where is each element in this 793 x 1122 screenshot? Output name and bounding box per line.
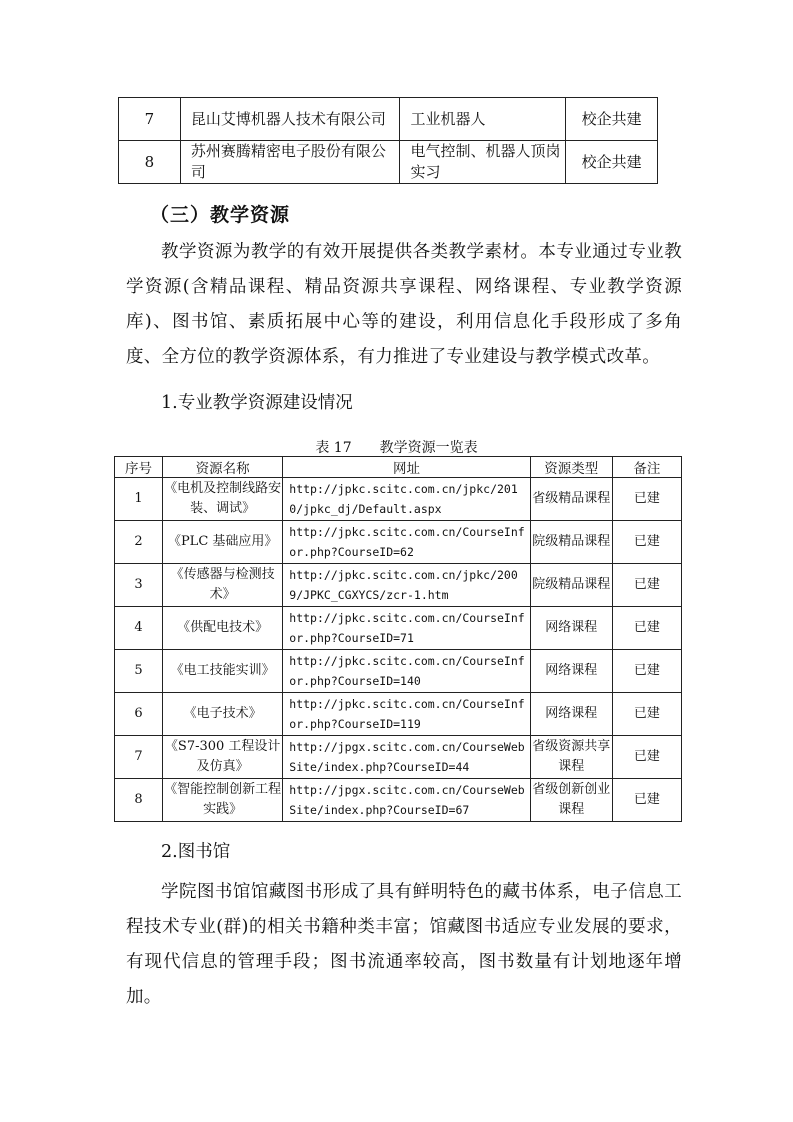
resource-url[interactable]: http://jpkc.scitc.com.cn/jpkc/2009/JPKC_… — [283, 564, 530, 607]
cooperation-field: 电气控制、机器人顶岗实习 — [400, 141, 566, 184]
row-number: 6 — [115, 693, 163, 736]
row-number: 8 — [119, 141, 181, 184]
resource-url[interactable]: http://jpkc.scitc.com.cn/CourseInfor.php… — [283, 650, 530, 693]
subheading-library: 2.图书馆 — [161, 838, 230, 863]
resource-url[interactable]: http://jpkc.scitc.com.cn/CourseInfor.php… — [283, 607, 530, 650]
resource-note: 已建 — [612, 693, 681, 736]
resource-table: 序号 资源名称 网址 资源类型 备注 1 《电机及控制线路安装、调试》 http… — [114, 456, 682, 822]
resource-url[interactable]: http://jpgx.scitc.com.cn/CourseWebSite/i… — [283, 736, 530, 779]
row-number: 4 — [115, 607, 163, 650]
section-heading: （三）教学资源 — [150, 200, 290, 227]
resource-name: 《电子技术》 — [163, 693, 283, 736]
table-row: 8 《智能控制创新工程实践》 http://jpgx.scitc.com.cn/… — [115, 779, 682, 822]
library-paragraph: 学院图书馆馆藏图书形成了具有鲜明特色的藏书体系，电子信息工程技术专业(群)的相关… — [126, 875, 682, 1015]
resource-type: 网络课程 — [530, 607, 612, 650]
company-name: 苏州赛腾精密电子股份有限公司 — [180, 141, 400, 184]
row-number: 7 — [119, 98, 181, 141]
cooperation-mode: 校企共建 — [566, 98, 658, 141]
resource-note: 已建 — [612, 478, 681, 521]
row-number: 8 — [115, 779, 163, 822]
header-url: 网址 — [283, 457, 530, 478]
resource-name: 《智能控制创新工程实践》 — [163, 779, 283, 822]
partner-table: 7 昆山艾博机器人技术有限公司 工业机器人 校企共建 8 苏州赛腾精密电子股份有… — [118, 97, 658, 184]
table-row: 8 苏州赛腾精密电子股份有限公司 电气控制、机器人顶岗实习 校企共建 — [119, 141, 658, 184]
header-name: 资源名称 — [163, 457, 283, 478]
table-row: 4 《供配电技术》 http://jpkc.scitc.com.cn/Cours… — [115, 607, 682, 650]
resource-name: 《电机及控制线路安装、调试》 — [163, 478, 283, 521]
resource-type: 网络课程 — [530, 650, 612, 693]
table-header-row: 序号 资源名称 网址 资源类型 备注 — [115, 457, 682, 478]
intro-paragraph: 教学资源为教学的有效开展提供各类教学素材。本专业通过专业教学资源(含精品课程、精… — [126, 235, 682, 375]
subheading-resources: 1.专业教学资源建设情况 — [161, 389, 353, 414]
row-number: 7 — [115, 736, 163, 779]
cooperation-mode: 校企共建 — [566, 141, 658, 184]
resource-note: 已建 — [612, 607, 681, 650]
resource-type: 省级精品课程 — [530, 478, 612, 521]
table-row: 3 《传感器与检测技术》 http://jpkc.scitc.com.cn/jp… — [115, 564, 682, 607]
company-name: 昆山艾博机器人技术有限公司 — [180, 98, 400, 141]
resource-type: 院级精品课程 — [530, 521, 612, 564]
table-row: 1 《电机及控制线路安装、调试》 http://jpkc.scitc.com.c… — [115, 478, 682, 521]
table-row: 6 《电子技术》 http://jpkc.scitc.com.cn/Course… — [115, 693, 682, 736]
header-type: 资源类型 — [530, 457, 612, 478]
resource-type: 省级资源共享课程 — [530, 736, 612, 779]
resource-name: 《PLC 基础应用》 — [163, 521, 283, 564]
header-no: 序号 — [115, 457, 163, 478]
resource-note: 已建 — [612, 564, 681, 607]
cooperation-field: 工业机器人 — [400, 98, 566, 141]
resource-note: 已建 — [612, 736, 681, 779]
row-number: 2 — [115, 521, 163, 564]
resource-note: 已建 — [612, 521, 681, 564]
table-row: 2 《PLC 基础应用》 http://jpkc.scitc.com.cn/Co… — [115, 521, 682, 564]
resource-url[interactable]: http://jpkc.scitc.com.cn/CourseInfor.php… — [283, 521, 530, 564]
resource-type: 省级创新创业课程 — [530, 779, 612, 822]
resource-name: 《传感器与检测技术》 — [163, 564, 283, 607]
resource-note: 已建 — [612, 779, 681, 822]
resource-type: 院级精品课程 — [530, 564, 612, 607]
resource-name: 《供配电技术》 — [163, 607, 283, 650]
resource-name: 《电工技能实训》 — [163, 650, 283, 693]
table-row: 7 昆山艾博机器人技术有限公司 工业机器人 校企共建 — [119, 98, 658, 141]
resource-url[interactable]: http://jpgx.scitc.com.cn/CourseWebSite/i… — [283, 779, 530, 822]
row-number: 3 — [115, 564, 163, 607]
resource-url[interactable]: http://jpkc.scitc.com.cn/CourseInfor.php… — [283, 693, 530, 736]
resource-name: 《S7-300 工程设计及仿真》 — [163, 736, 283, 779]
row-number: 1 — [115, 478, 163, 521]
resource-type: 网络课程 — [530, 693, 612, 736]
row-number: 5 — [115, 650, 163, 693]
resource-url[interactable]: http://jpkc.scitc.com.cn/jpkc/2010/jpkc_… — [283, 478, 530, 521]
header-note: 备注 — [612, 457, 681, 478]
table-row: 7 《S7-300 工程设计及仿真》 http://jpgx.scitc.com… — [115, 736, 682, 779]
table-row: 5 《电工技能实训》 http://jpkc.scitc.com.cn/Cour… — [115, 650, 682, 693]
table-caption: 表 17 教学资源一览表 — [0, 437, 793, 457]
resource-note: 已建 — [612, 650, 681, 693]
